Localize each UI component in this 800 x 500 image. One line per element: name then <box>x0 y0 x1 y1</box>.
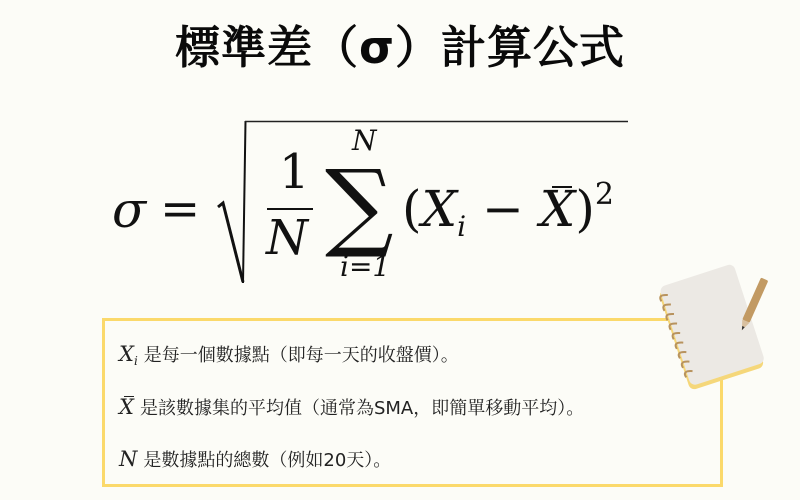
definition-symbol: Xi <box>119 342 138 366</box>
summation-icon: ∑ <box>325 155 394 255</box>
term-xbar: X <box>540 178 576 240</box>
sum-lower-limit: i=1 <box>340 250 390 284</box>
definition-symbol: X <box>119 395 134 419</box>
term-x-subscript: i <box>457 210 466 243</box>
symbol-subscript: i <box>134 354 138 368</box>
definition-symbol: N <box>119 447 137 471</box>
definition-n: N是數據點的總數（例如20天）。 <box>119 446 391 474</box>
close-paren: ) <box>575 180 595 238</box>
open-paren: ( <box>402 180 422 238</box>
notebook-with-pencil-icon <box>650 262 780 392</box>
term-minus: − <box>466 180 540 238</box>
term-x: X <box>422 180 458 238</box>
square-root-sign-icon <box>0 0 800 300</box>
fraction-denominator: N <box>266 208 308 268</box>
fraction-numerator: 1 <box>279 142 309 202</box>
definition-xi: Xi是每一個數據點（即每一天的收盤價）。 <box>119 341 459 369</box>
definitions-box: Xi是每一個數據點（即每一天的收盤價）。 X是該數據集的平均值（通常為SMA，即… <box>102 318 723 487</box>
definition-text: 是該數據集的平均值（通常為SMA，即簡單移動平均）。 <box>140 398 584 419</box>
formula-term: (Xi − X)2 <box>402 178 614 240</box>
definition-text: 是數據點的總數（例如20天）。 <box>143 450 391 471</box>
definition-xbar: X是該數據集的平均值（通常為SMA，即簡單移動平均）。 <box>119 394 584 422</box>
symbol-xbar: X <box>119 394 134 420</box>
symbol-x: X <box>119 342 134 366</box>
definition-text: 是每一個數據點（即每一天的收盤價）。 <box>144 345 459 366</box>
term-exponent: 2 <box>595 177 614 212</box>
